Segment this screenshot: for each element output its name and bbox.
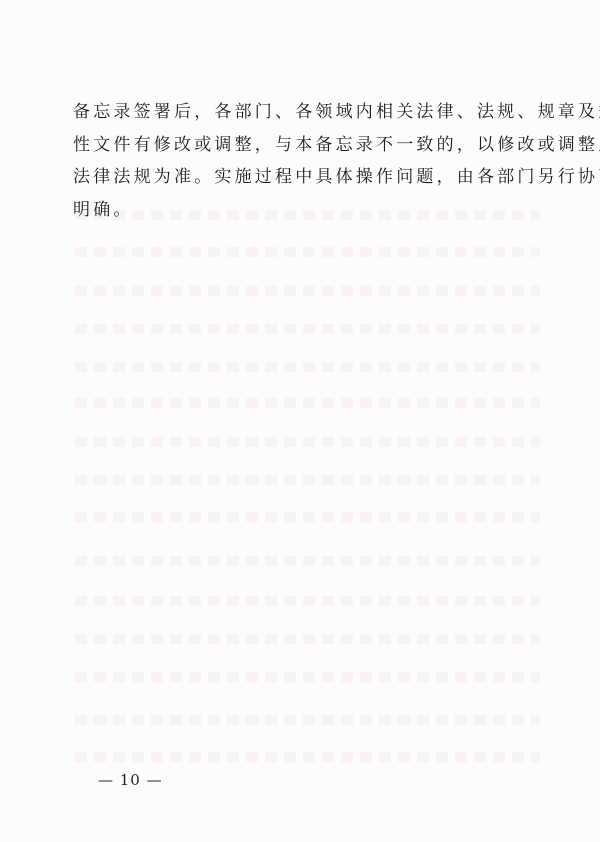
- bleed-through-line: [75, 324, 540, 334]
- bleed-through-line: [75, 437, 540, 447]
- bleed-through-line: [75, 512, 540, 522]
- page-number: — 10 —: [98, 771, 163, 789]
- bleed-through-line: [75, 596, 540, 606]
- bleed-through-line: [75, 286, 540, 296]
- bleed-through-line: [75, 556, 540, 566]
- body-line: 法律法规为准。实施过程中具体操作问题，由各部门另行协商: [73, 161, 555, 194]
- bleed-through-line: [75, 398, 540, 408]
- bleed-through-line: [75, 247, 540, 257]
- bleed-through-line: [75, 752, 540, 762]
- body-line: 明确。: [73, 194, 555, 227]
- bleed-through-line: [75, 634, 540, 644]
- body-line: 备忘录签署后，各部门、各领域内相关法律、法规、规章及规范: [73, 96, 555, 129]
- document-page: 备忘录签署后，各部门、各领域内相关法律、法规、规章及规范 性文件有修改或调整，与…: [0, 0, 600, 842]
- bleed-through-line: [75, 362, 540, 372]
- body-paragraph: 备忘录签署后，各部门、各领域内相关法律、法规、规章及规范 性文件有修改或调整，与…: [73, 96, 555, 226]
- bleed-through-line: [75, 475, 540, 485]
- body-line: 性文件有修改或调整，与本备忘录不一致的，以修改或调整后的: [73, 129, 555, 162]
- bleed-through-line: [75, 715, 540, 725]
- bleed-through-line: [75, 672, 540, 682]
